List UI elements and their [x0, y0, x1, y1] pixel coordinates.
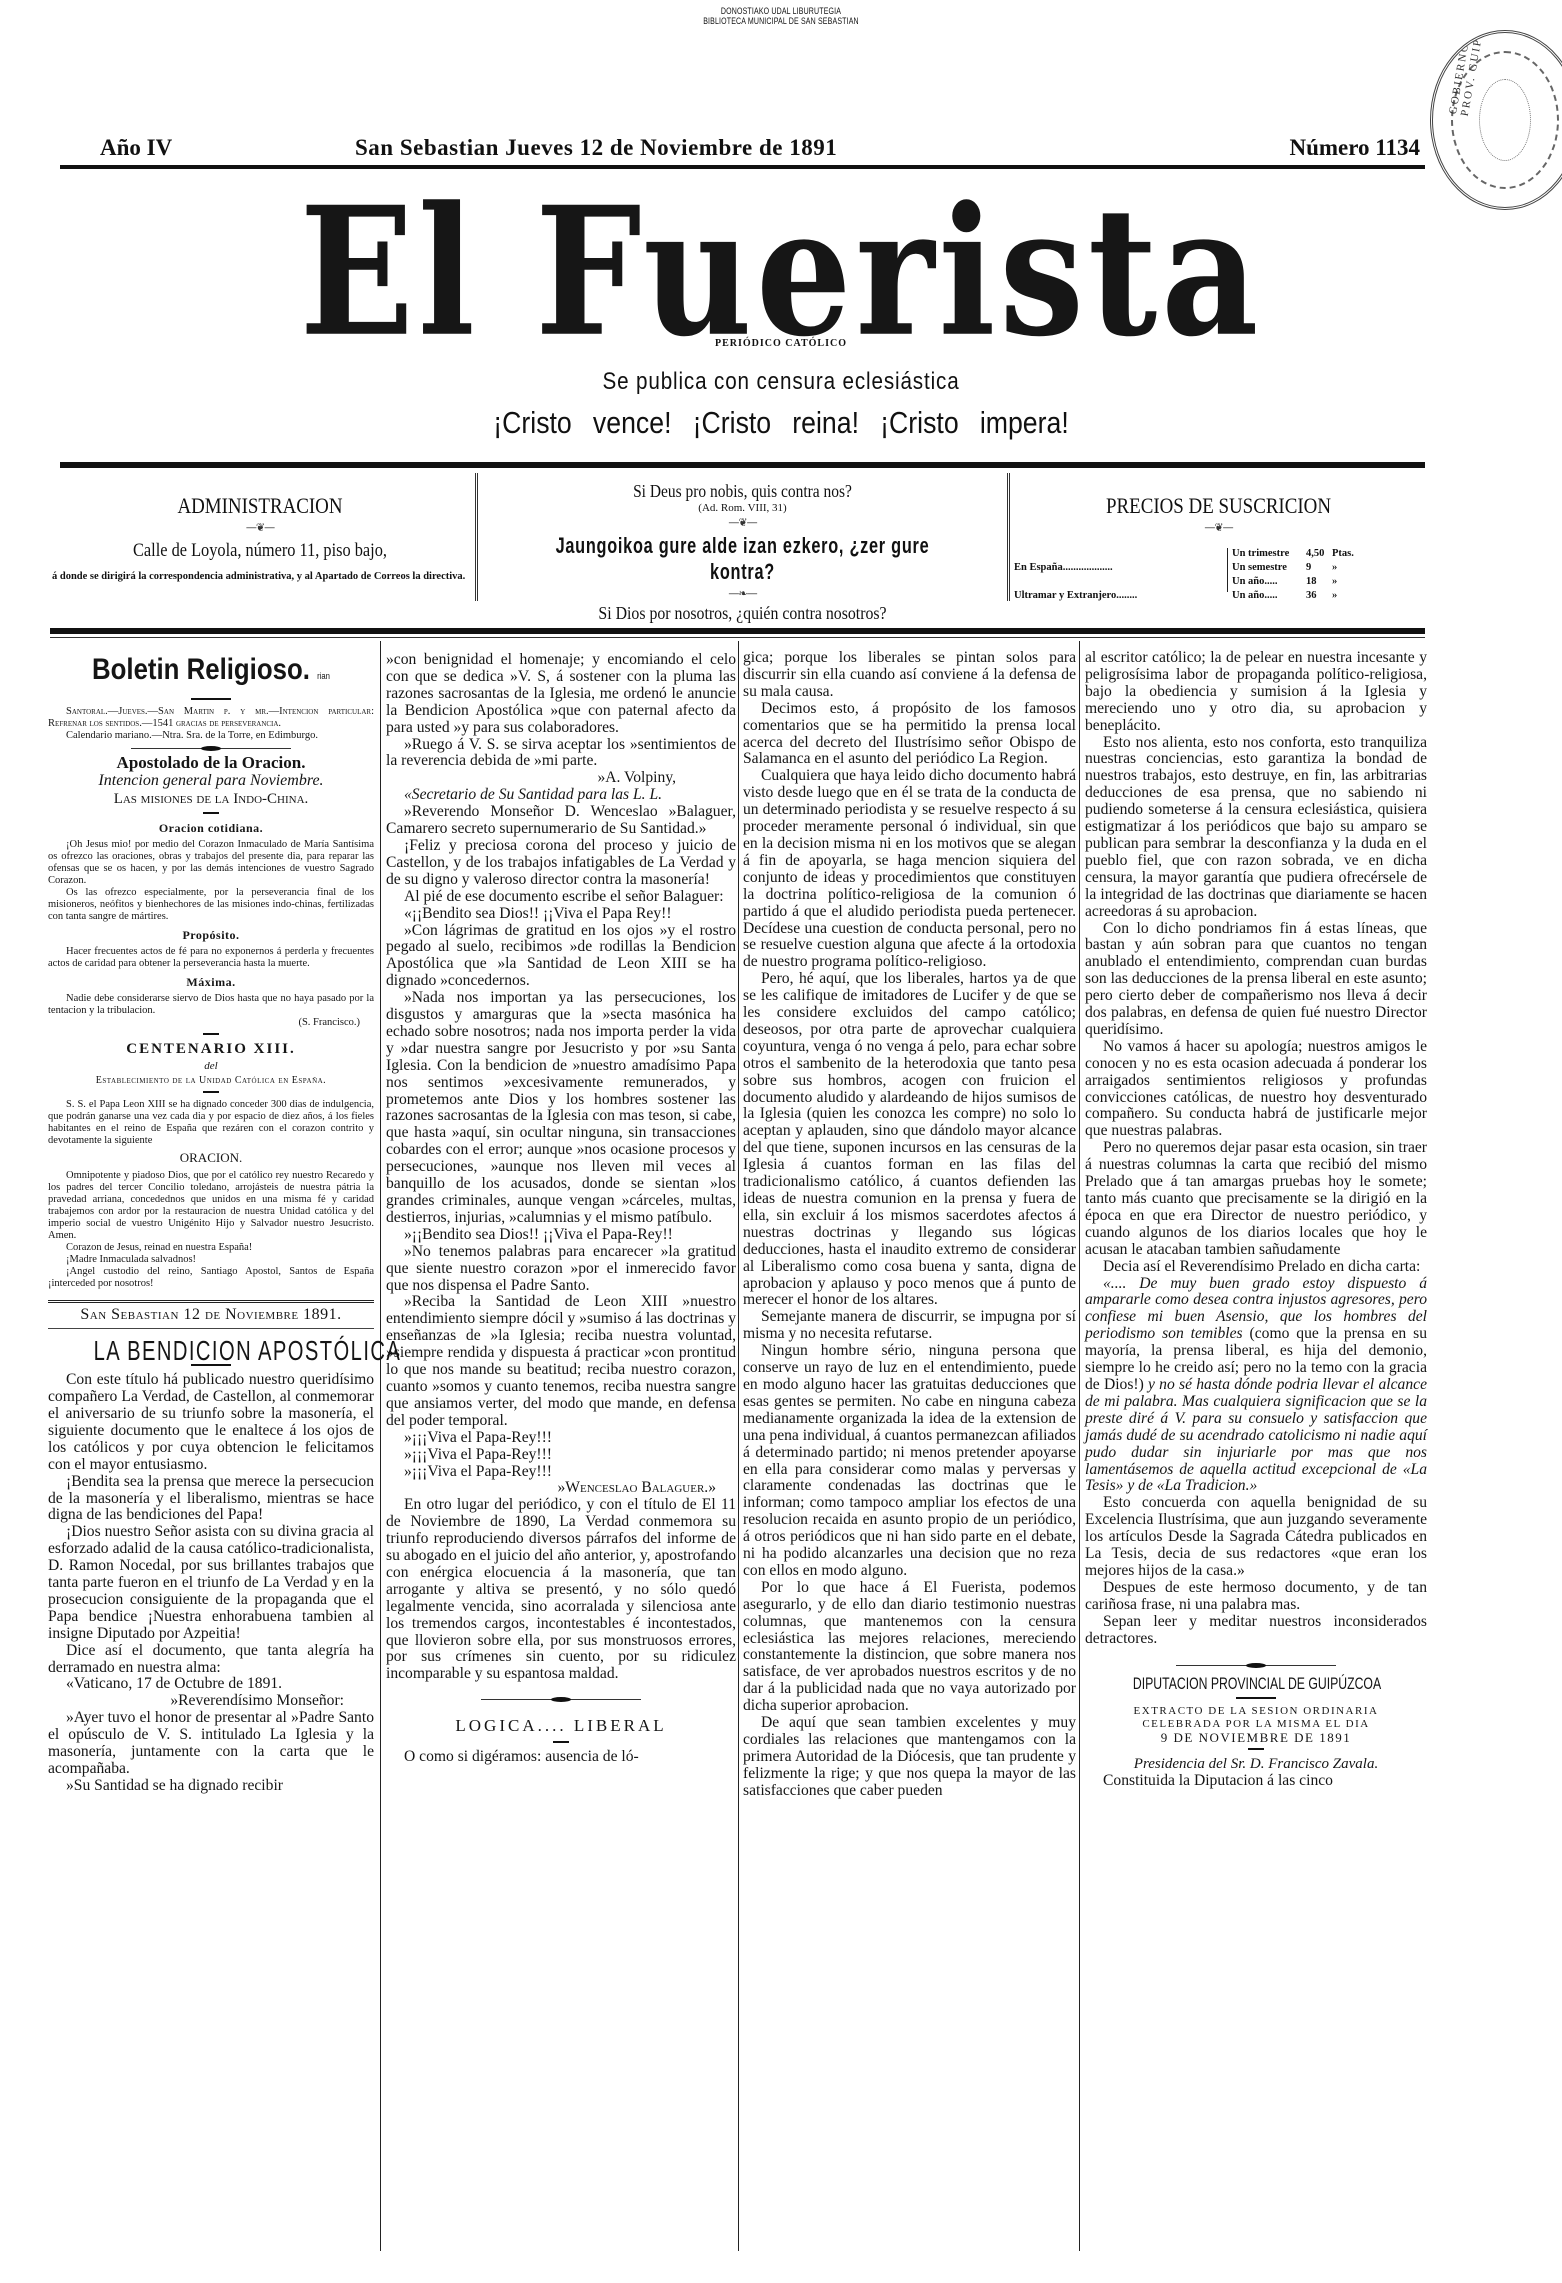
article-paragraph: Sepan leer y meditar nuestros inconsider…: [1085, 1614, 1427, 1648]
article-paragraph: »Con lágrimas de gratitud en los ojos »y…: [386, 923, 736, 991]
ornament-rule-icon: [1176, 1665, 1336, 1666]
proposito-heading: Propósito.: [48, 927, 374, 944]
motto-box: Si Deus pro nobis, quis contra nos? (Ad.…: [475, 473, 1010, 601]
article-paragraph: »Nada nos importan ya las persecuciones,…: [386, 990, 736, 1227]
masthead-info-row: Año IV San Sebastian Jueves 12 de Noviem…: [60, 135, 1430, 165]
centenario-heading: CENTENARIO XIII.: [48, 1041, 374, 1058]
viva-line: »¡¡¡Viva el Papa-Rey!!!: [386, 1464, 736, 1481]
article-paragraph: »con benignidad el homenaje; y encomiand…: [386, 652, 736, 737]
invocation: Corazon de Jesus, reinad en nuestra Espa…: [48, 1242, 374, 1254]
ornament-icon: —❧—: [478, 587, 1007, 600]
invocation: ¡Madre Inmaculada salvadnos!: [48, 1254, 374, 1266]
boletin-title: Boletin Religioso.: [92, 653, 310, 686]
band-top-rule: [60, 462, 1425, 468]
article-paragraph: ¡Dios nuestro Señor asista con su divina…: [48, 1524, 374, 1642]
article-paragraph: »Reciba la Santidad de Leon XIII »nuestr…: [386, 1294, 736, 1429]
article-paragraph: Por lo que hace á El Fuerista, podemos a…: [743, 1580, 1076, 1715]
article-paragraph: Constituida la Diputacion á las cinco: [1085, 1773, 1427, 1790]
short-rule: [553, 1741, 569, 1743]
article-paragraph: O como si digéramos: ausencia de ló-: [386, 1749, 736, 1766]
price-unit: Ptas.: [1332, 548, 1354, 559]
price-amount: 18: [1306, 576, 1317, 587]
spanish-motto: Si Dios por nosotros, ¿quién contra noso…: [510, 603, 976, 624]
price-region: En España...................: [1014, 562, 1113, 573]
library-line-basque: DONOSTIAKO UDAL LIBURUTEGIA: [172, 6, 1390, 16]
extract-line: 9 DE NOVIEMBRE DE 1891: [1085, 1731, 1427, 1744]
short-rule: [1248, 1748, 1264, 1750]
library-header: DONOSTIAKO UDAL LIBURUTEGIA BIBLIOTECA M…: [172, 6, 1390, 26]
article-paragraph: gica; porque los liberales se pintan sol…: [743, 650, 1076, 701]
article-paragraph: Esto nos alienta, esto nos conforta, est…: [1085, 735, 1427, 921]
ornament-icon: —❦—: [1012, 521, 1425, 534]
subscription-prices-box: PRECIOS DE SUSCRICION —❦— En España.....…: [1012, 473, 1425, 601]
price-period: Un semestre: [1232, 562, 1287, 573]
article-paragraph: Al pié de ese documento escribe el señor…: [386, 889, 736, 906]
apostolado-heading: Apostolado de la Oracion.: [48, 755, 374, 772]
extract-line: EXTRACTO DE LA SESION ORDINARIA: [1085, 1705, 1427, 1718]
administration-box: ADMINISTRACION —❦— Calle de Loyola, núme…: [50, 473, 470, 601]
article-paragraph: En otro lugar del periódico, y con el tí…: [386, 1497, 736, 1683]
article-paragraph: »Ayer tuvo el honor de presentar al »Pad…: [48, 1710, 374, 1778]
apostolado-subheading-2: Las misiones de la Indo-China.: [48, 790, 374, 808]
article-paragraph: »Ruego á V. S. se sirva aceptar los »sen…: [386, 737, 736, 771]
issue-date: San Sebastian Jueves 12 de Noviembre de …: [355, 135, 837, 161]
article-paragraph: »Reverendísimo Monseñor:: [48, 1693, 374, 1710]
short-rule: [191, 698, 231, 700]
latin-motto: Si Deus pro nobis, quis contra nos?: [515, 481, 970, 502]
ornament-rule-icon: [481, 1699, 641, 1700]
price-amount: 4,50: [1306, 548, 1324, 559]
info-band: ADMINISTRACION —❦— Calle de Loyola, núme…: [50, 473, 1425, 601]
oracion-heading: Oracion cotidiana.: [48, 820, 374, 837]
article-paragraph: Despues de este hermoso documento, y de …: [1085, 1580, 1427, 1614]
signature-title: «Secretario de Su Santidad para las L. L…: [386, 787, 736, 804]
newspaper-kicker: PERIÓDICO CATÓLICO: [0, 338, 1562, 349]
ornament-rule-icon: [131, 748, 291, 749]
price-period: Un año.....: [1232, 576, 1278, 587]
calendario-text: Calendario mariano.—Ntra. Sra. de la Tor…: [48, 730, 374, 742]
signature: »A. Volpiny,: [386, 770, 736, 787]
article-paragraph: Pero no queremos dejar pasar esta ocasio…: [1085, 1140, 1427, 1258]
bendicion-apostolica-heading: LA BENDICION APOSTÓLICA: [94, 1343, 329, 1360]
article-paragraph: Con lo dicho pondriamos fin á estas líne…: [1085, 921, 1427, 1039]
column-2: »con benignidad el homenaje; y encomiand…: [386, 652, 736, 1766]
centenario-subheading: Establecimiento de la Unidad Católica en…: [48, 1074, 374, 1087]
diputacion-heading: DIPUTACION PROVINCIAL DE GUIPÚZCOA: [1133, 1676, 1379, 1693]
price-period: Un año.....: [1232, 590, 1278, 601]
latin-citation: (Ad. Rom. VIII, 31): [478, 502, 1007, 514]
price-unit: »: [1332, 562, 1337, 573]
article-paragraph: »¡¡Bendito sea Dios!! ¡¡Viva el Papa-Rey…: [386, 1227, 736, 1244]
apostolado-subheading: Intencion general para Noviembre.: [48, 772, 374, 790]
dateline: San Sebastian 12 de Noviembre 1891.: [48, 1300, 374, 1329]
centenario-paragraph: S. S. el Papa Leon XIII se ha dignado co…: [48, 1099, 374, 1147]
column-divider: [1079, 641, 1080, 2251]
article-paragraph: al escritor católico; la de pelear en nu…: [1085, 650, 1427, 735]
boletin-tag: rian: [317, 671, 330, 681]
article-paragraph: Esto concuerda con aquella benignidad de…: [1085, 1495, 1427, 1580]
stamp-text: GOBIERNO DE PROV. GUIPUZCOA: [1447, 30, 1493, 117]
article-paragraph: «Vaticano, 17 de Octubre de 1891.: [48, 1676, 374, 1693]
article-paragraph: Cualquiera que haya leido dicho document…: [743, 768, 1076, 971]
boletin-religioso-heading: Boletin Religioso. rian: [71, 652, 351, 694]
short-rule: [203, 812, 219, 814]
oracion-paragraph: ¡Oh Jesus mio! por medio del Corazon Inm…: [48, 839, 374, 887]
article-paragraph: De aquí que sean tambien excelentes y mu…: [743, 1715, 1076, 1800]
article-paragraph: »No tenemos palabras para encarecer »la …: [386, 1244, 736, 1295]
administration-note: á donde se dirigirá la correspondencia a…: [50, 570, 470, 583]
column-4: al escritor católico; la de pelear en nu…: [1085, 650, 1427, 1790]
viva-line: »¡¡¡Viva el Papa-Rey!!!: [386, 1447, 736, 1464]
oracion2-paragraph: Omnipotente y piadoso Dios, que por el c…: [48, 1170, 374, 1242]
brace-icon: [1227, 548, 1228, 592]
ornament-icon: —❦—: [50, 521, 470, 534]
article-paragraph: ¡Bendita sea la prensa que merece la per…: [48, 1474, 374, 1525]
price-row: Un año.....: [1232, 576, 1278, 587]
prices-heading: PRECIOS DE SUSCRICION: [1041, 493, 1396, 519]
santoral-text: Santoral.—Jueves.—San Martin p. y mr.—In…: [48, 706, 374, 730]
basque-motto: Jaungoikoa gure alde izan ezkero, ¿zer g…: [547, 533, 938, 585]
price-row: Un año.....: [1232, 590, 1278, 601]
short-rule: [203, 1033, 219, 1035]
issue-number: Número 1134: [1289, 135, 1420, 161]
article-paragraph: ¡Feliz y preciosa corona del proceso y j…: [386, 838, 736, 889]
article-paragraph: Decimos esto, á propósito de los famosos…: [743, 701, 1076, 769]
column-divider: [380, 641, 381, 2251]
issue-year: Año IV: [100, 135, 172, 161]
short-rule: [203, 1091, 219, 1093]
maxima-heading: Máxima.: [48, 974, 374, 991]
columns-top-rule: [50, 628, 1425, 638]
article-paragraph: Con este título há publicado nuestro que…: [48, 1372, 374, 1473]
library-line-spanish: BIBLIOTECA MUNICIPAL DE SAN SEBASTIAN: [172, 16, 1390, 26]
viva-line: »¡¡¡Viva el Papa-Rey!!!: [386, 1430, 736, 1447]
oracion-paragraph: Os las ofrezco especialmente, por la per…: [48, 887, 374, 923]
short-rule: [1236, 1697, 1276, 1699]
signature: »Wenceslao Balaguer.»: [386, 1480, 736, 1497]
quoted-letter: «.... De muy buen grado estoy dispuesto …: [1085, 1276, 1427, 1496]
price-row: Un trimestre: [1232, 548, 1289, 559]
administration-heading: ADMINISTRACION: [79, 493, 440, 519]
price-row: Un semestre: [1232, 562, 1287, 573]
article-paragraph: Semejante manera de discurrir, se impugn…: [743, 1309, 1076, 1343]
price-period: Un trimestre: [1232, 548, 1289, 559]
presidencia-line: Presidencia del Sr. D. Francisco Zavala.: [1085, 1756, 1427, 1773]
oracion2-heading: ORACION.: [48, 1150, 374, 1167]
article-paragraph: »Reverendo Monseñor D. Wenceslao »Balagu…: [386, 804, 736, 838]
motto-line: ¡Cristo vence! ¡Cristo reina! ¡Cristo im…: [109, 405, 1452, 441]
price-region: Ultramar y Extranjero........: [1014, 590, 1137, 601]
price-unit: »: [1332, 576, 1337, 587]
centenario-del: del: [48, 1058, 374, 1075]
quote-italic: y no sé hasta dónde podria llevar el alc…: [1085, 1376, 1427, 1494]
article-paragraph: Decia así el Reverendísimo Prelado en di…: [1085, 1259, 1427, 1276]
proposito-text: Hacer frecuentes actos de fé para no exp…: [48, 946, 374, 970]
article-paragraph: Pero, hé aquí, que los liberales, hartos…: [743, 971, 1076, 1309]
article-paragraph: »Su Santidad se ha dignado recibir: [48, 1778, 374, 1795]
article-paragraph: Dice así el documento, que tanta alegría…: [48, 1643, 374, 1677]
column-divider: [738, 641, 739, 2251]
administration-address: Calle de Loyola, número 11, piso bajo,: [79, 540, 440, 562]
article-paragraph: Ningun hombre sério, ninguna persona que…: [743, 1343, 1076, 1580]
ornament-icon: —❦—: [478, 516, 1007, 529]
maxima-attribution: (S. Francisco.): [48, 1017, 374, 1029]
maxima-text: Nadie debe considerarse siervo de Dios h…: [48, 993, 374, 1017]
column-3: gica; porque los liberales se pintan sol…: [743, 650, 1076, 1800]
censura-line: Se publica con censura eclesiástica: [109, 368, 1452, 396]
price-amount: 9: [1306, 562, 1311, 573]
logica-liberal-heading: LOGICA.... LIBERAL: [386, 1718, 736, 1735]
column-1: Boletin Religioso. rian Santoral.—Jueves…: [48, 642, 374, 1795]
article-paragraph: «¡¡Bendito sea Dios!! ¡¡Viva el Papa Rey…: [386, 906, 736, 923]
article-paragraph: No vamos á hacer su apología; nuestros a…: [1085, 1039, 1427, 1140]
invocation: ¡Angel custodio del reino, Santiago Apos…: [48, 1266, 374, 1290]
price-unit: »: [1332, 590, 1337, 601]
price-amount: 36: [1306, 590, 1317, 601]
